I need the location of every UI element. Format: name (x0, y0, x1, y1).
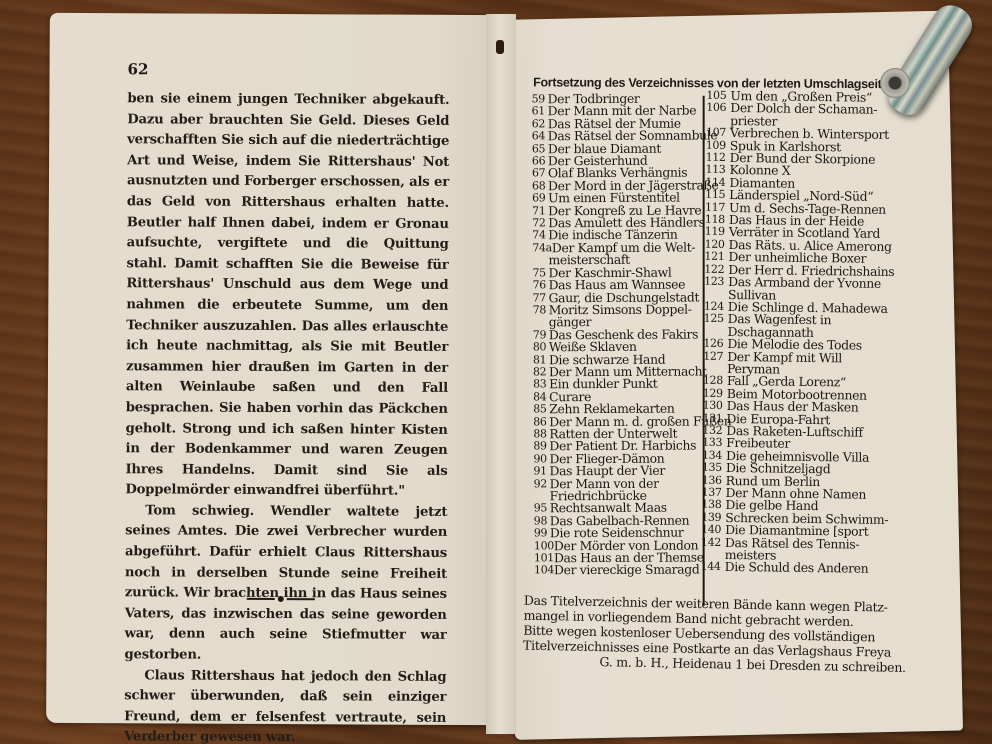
toc-entry-number: 92 (534, 478, 550, 490)
paragraph: Tom schwieg. Wendler waltete jetzt seine… (124, 501, 447, 667)
toc-entry-number: 76 (533, 279, 549, 291)
toc-entry-number: 61 (532, 106, 548, 118)
story-text: ben sie einem jungen Techniker abgekauft… (124, 89, 449, 744)
toc-entry-number: 127 (703, 350, 727, 363)
toc-entry-number: 78 (533, 304, 549, 316)
toc-entry-title: Der viereckige Smaragd (554, 564, 699, 577)
toc-entry-number: 126 (703, 338, 727, 351)
end-ornament (247, 596, 315, 602)
toc-entry-number: 106 (706, 102, 730, 115)
paragraph: Claus Rittershaus hat jedoch den Schlag … (124, 666, 446, 744)
toc-entry-number: 80 (533, 341, 549, 353)
toc-entry-number: 142 (701, 536, 725, 549)
toc-entry-number: 89 (533, 441, 549, 453)
toc-entry-number: 107 (706, 127, 730, 140)
toc-right-column: 105Um den „Großen Preis“106Der Dolch der… (701, 90, 897, 576)
toc-entry-number: 140 (701, 524, 725, 537)
toc-entry-number: 104 (534, 565, 554, 578)
gutter-tear (496, 40, 504, 54)
toc-entry-number: 91 (533, 465, 549, 477)
toc-left-column: 59Der Todbringer61Der Mann mit der Narbe… (532, 92, 717, 577)
toc-entry-number: 95 (534, 503, 550, 515)
toc-footer-note: Das Titelverzeichnis der weiteren Bände … (523, 593, 944, 676)
toc-entry-number: 64 (532, 130, 548, 142)
toc-entry-title: Die Schuld des Anderen (725, 561, 869, 575)
toc-entry-number: 135 (702, 462, 726, 475)
toc-entry-number: 115 (705, 189, 729, 202)
toc-entry-number: 130 (703, 400, 727, 413)
toc-entry-number: 85 (533, 403, 549, 415)
paragraph: ben sie einem jungen Techniker abgekauft… (125, 89, 449, 503)
page-number: 62 (128, 60, 149, 78)
toc-entry: 144Die Schuld des Anderen (701, 561, 891, 576)
pen-end-cap (880, 68, 910, 98)
toc-entry-number: 69 (532, 193, 548, 205)
toc-entry-number: 99 (534, 527, 550, 539)
toc-entry-number: 125 (704, 313, 728, 326)
toc-entry: 104Der viereckige Smaragd (534, 564, 716, 577)
left-page: 62 ben sie einem jungen Techniker abgeka… (46, 13, 500, 725)
toc-entry-number: 123 (704, 276, 728, 289)
toc-entry-number: 83 (533, 379, 549, 391)
toc-entry-number: 144 (701, 561, 725, 574)
book-spine-gutter (486, 14, 516, 734)
right-page: Fortsetzung des Verzeichnisses von der l… (500, 11, 963, 740)
